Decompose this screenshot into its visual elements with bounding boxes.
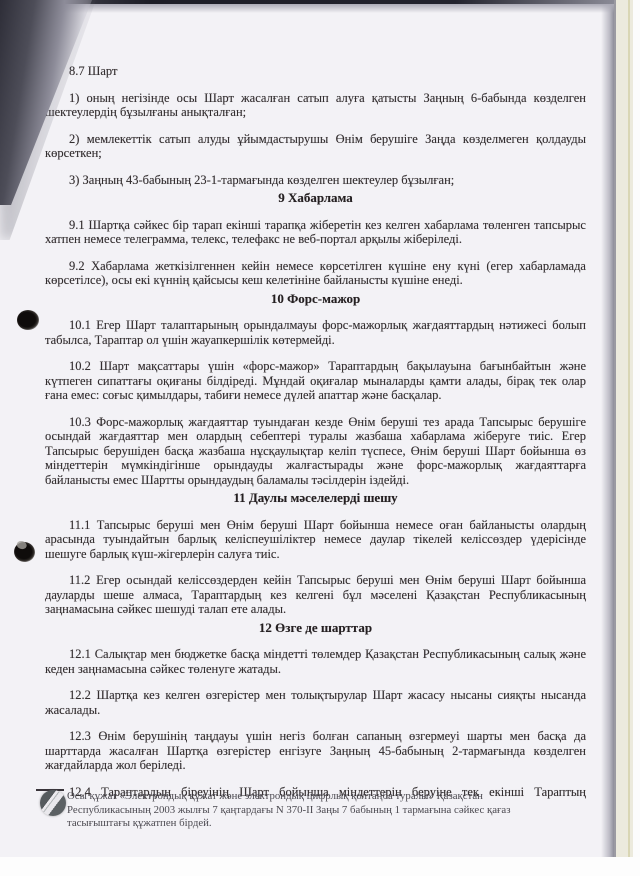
section-heading: 10 Форс-мажор — [45, 292, 586, 307]
paragraph: 12.2 Шартқа кез келген өзгерістер мен то… — [45, 688, 586, 717]
paragraph: 11.1 Тапсырыс беруші мен Өнім беруші Шар… — [45, 518, 586, 562]
section-heading: 9 Хабарлама — [45, 191, 586, 206]
paragraph: 8.7 Шарт — [45, 64, 586, 79]
section-heading: 11 Даулы мәселелерді шешу — [45, 491, 586, 506]
scanner-edge-line — [628, 0, 630, 861]
paragraph: 3) Заңның 43-бабының 23-1-тармағында көз… — [45, 173, 586, 188]
punch-hole-ink-spot — [17, 310, 39, 330]
document-body: 8.7 Шарт1) оның негізінде осы Шарт жасал… — [0, 0, 616, 799]
scan-margin-bottom — [0, 857, 640, 876]
scan-margin-right — [633, 0, 640, 876]
e-signature-note: Осы құжат «Электрондық құжат және электр… — [67, 790, 531, 831]
paragraph: 12.1 Салықтар мен бюджетке басқа міндетт… — [45, 647, 586, 676]
paragraph: 1) оның негізінде осы Шарт жасалған саты… — [45, 91, 586, 120]
paragraph: 10.3 Форс-мажорлық жағдаяттар туындаған … — [45, 415, 586, 488]
paragraph: 12.3 Өнім берушінің таңдауы үшін негіз б… — [45, 729, 586, 773]
egov-stamp-icon — [40, 790, 66, 816]
page-right-edge-shadow — [601, 0, 614, 857]
paragraph: 9.1 Шартқа сәйкес бір тарап екінші тарап… — [45, 218, 586, 247]
paragraph: 10.1 Егер Шарт талаптарының орындалмауы … — [45, 318, 586, 347]
scanned-contract-page: 8.7 Шарт1) оның негізінде осы Шарт жасал… — [0, 0, 640, 876]
scanner-edge-strip — [614, 0, 633, 861]
paragraph: 9.2 Хабарлама жеткізілгеннен кейін немес… — [45, 259, 586, 288]
section-heading: 12 Өзге де шарттар — [45, 621, 586, 636]
scan-top-shadow — [48, 4, 614, 13]
paragraph: 2) мемлекеттік сатып алуды ұйымдастырушы… — [45, 132, 586, 161]
paragraph: 10.2 Шарт мақсаттары үшін «форс-мажор» Т… — [45, 359, 586, 403]
paragraph: 11.2 Егер осындай келіссөздерден кейін Т… — [45, 573, 586, 617]
